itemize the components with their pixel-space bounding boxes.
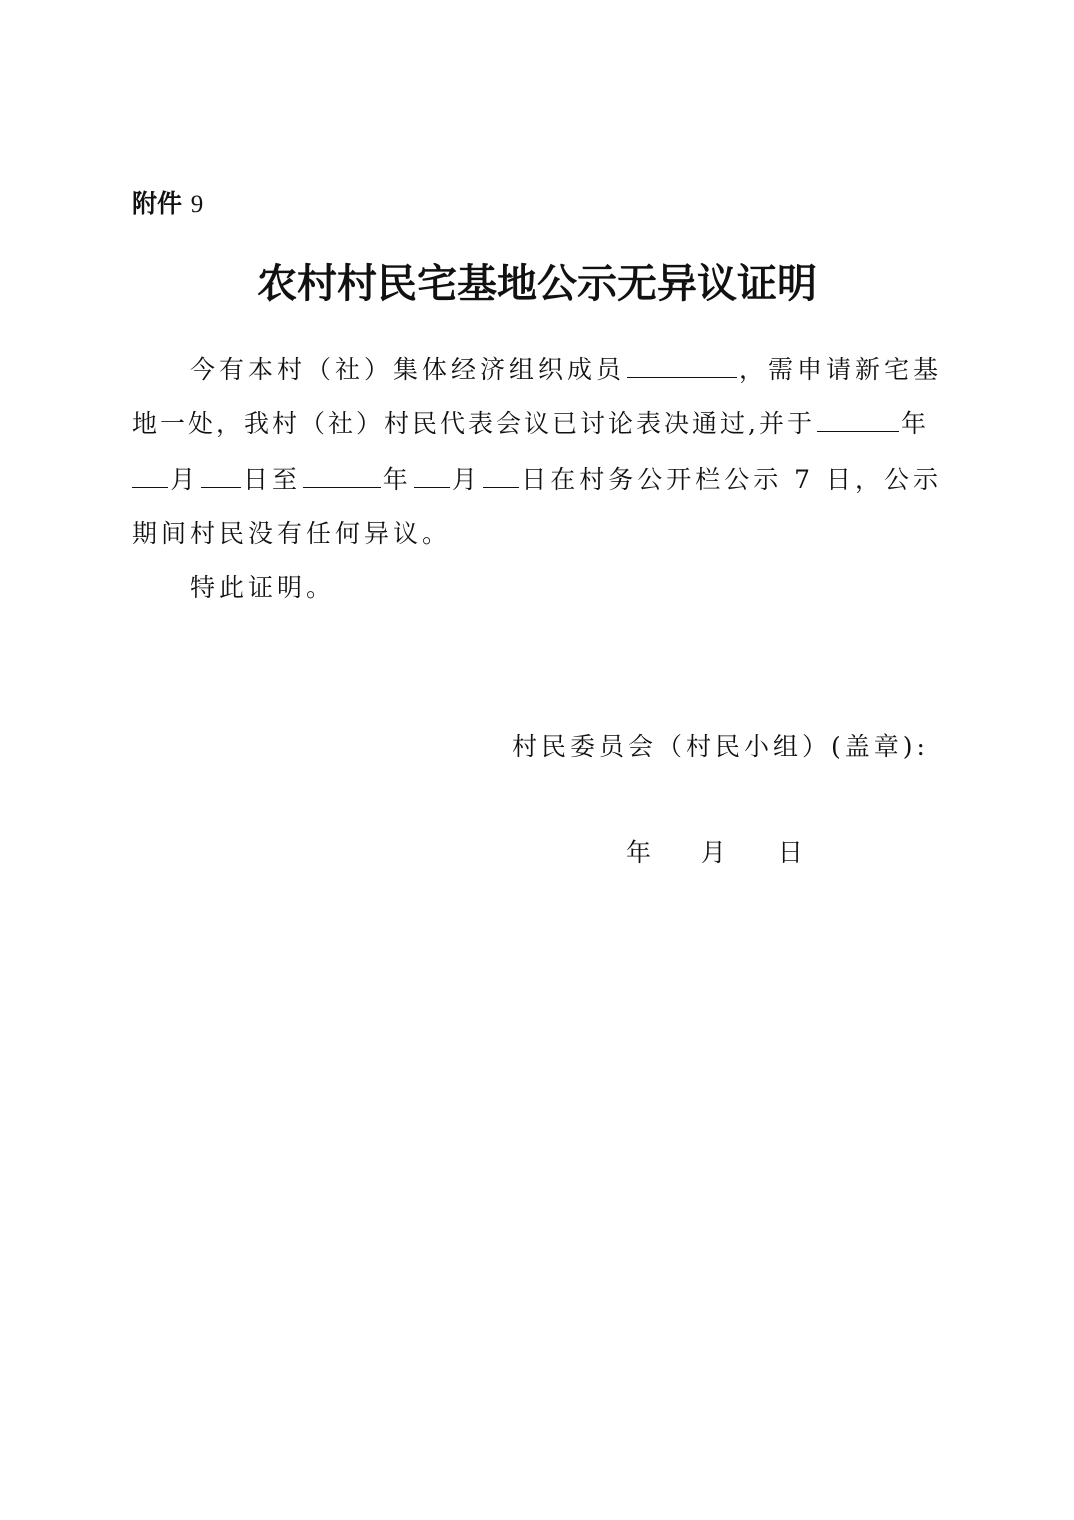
closing-statement: 特此证明。 bbox=[132, 568, 942, 604]
date-month: 月 bbox=[701, 838, 726, 867]
paragraph-line-3: 月 日至 年 月 日在村务公开栏公示 7 日，公示 bbox=[132, 460, 942, 496]
start-day-blank[interactable] bbox=[201, 462, 241, 488]
date-day: 日 bbox=[778, 838, 803, 867]
attachment-number: 9 bbox=[191, 191, 204, 218]
text: 月 bbox=[170, 460, 199, 496]
date-year: 年 bbox=[626, 838, 651, 867]
text: 日至 bbox=[243, 460, 301, 496]
text: 年 bbox=[901, 404, 930, 440]
text: 地一处，我村（社）村民代表会议已讨论表决通过,并于 bbox=[132, 404, 815, 440]
text: 今有本村（社）集体经济组织成员 bbox=[190, 350, 625, 386]
member-name-blank[interactable] bbox=[627, 352, 737, 378]
paragraph-line-4: 期间村民没有任何异议。 bbox=[132, 514, 942, 550]
start-year-blank[interactable] bbox=[817, 406, 899, 432]
end-month-blank[interactable] bbox=[414, 462, 450, 488]
document-title: 农村村民宅基地公示无异议证明 bbox=[0, 252, 1074, 309]
committee-seal-label: 村民委员会（村民小组）(盖章): bbox=[512, 727, 929, 763]
end-year-blank[interactable] bbox=[303, 462, 381, 488]
attachment-label: 附件 9 bbox=[132, 184, 203, 220]
end-day-blank[interactable] bbox=[483, 462, 519, 488]
attachment-text: 附件 bbox=[132, 189, 182, 218]
paragraph-line-2: 地一处，我村（社）村民代表会议已讨论表决通过,并于 年 bbox=[132, 404, 942, 440]
text: 日在村务公开栏公示 7 日，公示 bbox=[521, 460, 942, 496]
text: ，需申请新宅基 bbox=[739, 350, 942, 386]
paragraph-line-1: 今有本村（社）集体经济组织成员 ，需申请新宅基 bbox=[132, 350, 942, 386]
signature-date: 年 月 日 bbox=[626, 833, 803, 869]
text: 年 bbox=[383, 460, 412, 496]
start-month-blank[interactable] bbox=[132, 462, 168, 488]
text: 月 bbox=[452, 460, 481, 496]
